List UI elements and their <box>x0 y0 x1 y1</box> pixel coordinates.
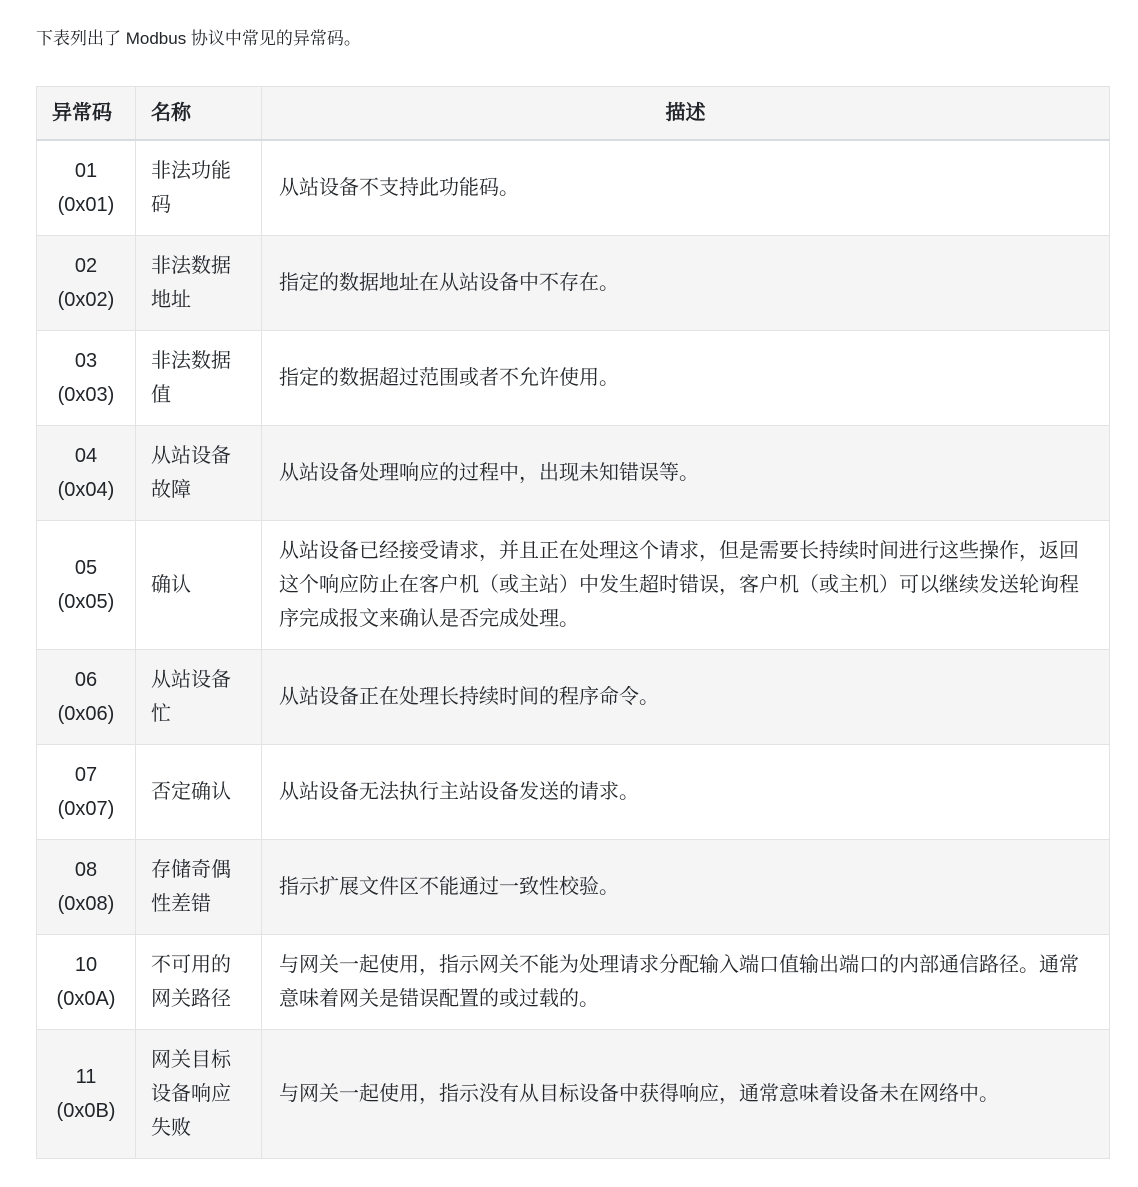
header-description: 描述 <box>262 87 1110 141</box>
modbus-exception-table: 异常码 名称 描述 01 (0x01) 非法功能码 从站设备不支持此功能码。 0… <box>36 86 1110 1159</box>
code-hex: (0x0A) <box>45 982 127 1016</box>
intro-text: 下表列出了 Modbus 协议中常见的异常码。 <box>36 26 1111 52</box>
cell-exception-code: 02 (0x02) <box>37 236 136 331</box>
code-hex: (0x03) <box>45 378 127 412</box>
cell-name: 非法功能码 <box>136 140 262 236</box>
table-body: 01 (0x01) 非法功能码 从站设备不支持此功能码。 02 (0x02) 非… <box>37 140 1110 1159</box>
code-decimal: 05 <box>45 551 127 585</box>
table-row: 10 (0x0A) 不可用的网关路径 与网关一起使用，指示网关不能为处理请求分配… <box>37 935 1110 1030</box>
code-decimal: 02 <box>45 249 127 283</box>
table-header: 异常码 名称 描述 <box>37 87 1110 141</box>
cell-exception-code: 06 (0x06) <box>37 650 136 745</box>
table-header-row: 异常码 名称 描述 <box>37 87 1110 141</box>
header-exception-code: 异常码 <box>37 87 136 141</box>
cell-exception-code: 10 (0x0A) <box>37 935 136 1030</box>
table-row: 04 (0x04) 从站设备故障 从站设备处理响应的过程中，出现未知错误等。 <box>37 426 1110 521</box>
table-row: 03 (0x03) 非法数据值 指定的数据超过范围或者不允许使用。 <box>37 331 1110 426</box>
cell-description: 从站设备正在处理长持续时间的程序命令。 <box>262 650 1110 745</box>
cell-exception-code: 11 (0x0B) <box>37 1030 136 1159</box>
cell-description: 指定的数据超过范围或者不允许使用。 <box>262 331 1110 426</box>
cell-description: 与网关一起使用，指示没有从目标设备中获得响应，通常意味着设备未在网络中。 <box>262 1030 1110 1159</box>
cell-exception-code: 03 (0x03) <box>37 331 136 426</box>
code-decimal: 10 <box>45 948 127 982</box>
table-row: 07 (0x07) 否定确认 从站设备无法执行主站设备发送的请求。 <box>37 745 1110 840</box>
cell-exception-code: 01 (0x01) <box>37 140 136 236</box>
page: 下表列出了 Modbus 协议中常见的异常码。 异常码 名称 描述 01 (0x… <box>0 0 1138 1187</box>
cell-exception-code: 05 (0x05) <box>37 521 136 650</box>
cell-name: 不可用的网关路径 <box>136 935 262 1030</box>
cell-description: 从站设备处理响应的过程中，出现未知错误等。 <box>262 426 1110 521</box>
code-decimal: 08 <box>45 853 127 887</box>
code-hex: (0x06) <box>45 697 127 731</box>
cell-exception-code: 04 (0x04) <box>37 426 136 521</box>
code-decimal: 07 <box>45 758 127 792</box>
cell-name: 非法数据值 <box>136 331 262 426</box>
cell-name: 从站设备故障 <box>136 426 262 521</box>
code-hex: (0x05) <box>45 585 127 619</box>
cell-name: 否定确认 <box>136 745 262 840</box>
cell-name: 网关目标设备响应失败 <box>136 1030 262 1159</box>
code-hex: (0x04) <box>45 473 127 507</box>
header-name: 名称 <box>136 87 262 141</box>
code-decimal: 11 <box>45 1060 127 1094</box>
table-row: 11 (0x0B) 网关目标设备响应失败 与网关一起使用，指示没有从目标设备中获… <box>37 1030 1110 1159</box>
cell-description: 从站设备无法执行主站设备发送的请求。 <box>262 745 1110 840</box>
code-hex: (0x0B) <box>45 1094 127 1128</box>
cell-description: 与网关一起使用，指示网关不能为处理请求分配输入端口值输出端口的内部通信路径。通常… <box>262 935 1110 1030</box>
cell-description: 指示扩展文件区不能通过一致性校验。 <box>262 840 1110 935</box>
code-decimal: 04 <box>45 439 127 473</box>
table-row: 02 (0x02) 非法数据地址 指定的数据地址在从站设备中不存在。 <box>37 236 1110 331</box>
cell-description: 指定的数据地址在从站设备中不存在。 <box>262 236 1110 331</box>
cell-name: 非法数据地址 <box>136 236 262 331</box>
table-row: 01 (0x01) 非法功能码 从站设备不支持此功能码。 <box>37 140 1110 236</box>
table-row: 05 (0x05) 确认 从站设备已经接受请求，并且正在处理这个请求，但是需要长… <box>37 521 1110 650</box>
cell-name: 从站设备忙 <box>136 650 262 745</box>
code-hex: (0x07) <box>45 792 127 826</box>
table-row: 06 (0x06) 从站设备忙 从站设备正在处理长持续时间的程序命令。 <box>37 650 1110 745</box>
cell-exception-code: 08 (0x08) <box>37 840 136 935</box>
code-hex: (0x08) <box>45 887 127 921</box>
cell-name: 确认 <box>136 521 262 650</box>
cell-exception-code: 07 (0x07) <box>37 745 136 840</box>
code-hex: (0x01) <box>45 188 127 222</box>
code-hex: (0x02) <box>45 283 127 317</box>
code-decimal: 01 <box>45 154 127 188</box>
code-decimal: 06 <box>45 663 127 697</box>
cell-description: 从站设备已经接受请求，并且正在处理这个请求，但是需要长持续时间进行这些操作，返回… <box>262 521 1110 650</box>
table-row: 08 (0x08) 存储奇偶性差错 指示扩展文件区不能通过一致性校验。 <box>37 840 1110 935</box>
code-decimal: 03 <box>45 344 127 378</box>
cell-name: 存储奇偶性差错 <box>136 840 262 935</box>
cell-description: 从站设备不支持此功能码。 <box>262 140 1110 236</box>
